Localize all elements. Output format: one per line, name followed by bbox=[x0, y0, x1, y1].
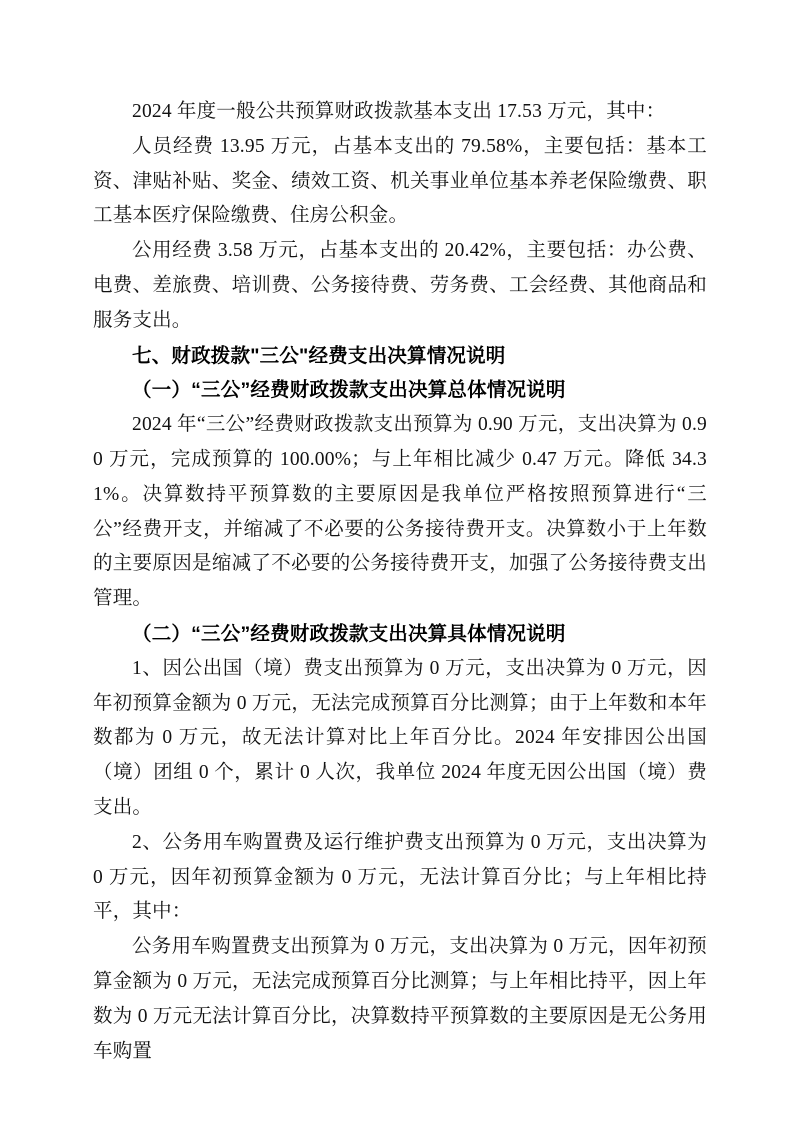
paragraph: 公用经费 3.58 万元，占基本支出的 20.42%，主要包括：办公费、电费、差… bbox=[93, 234, 707, 338]
document-page: 2024 年度一般公共预算财政拨款基本支出 17.53 万元，其中：人员经费 1… bbox=[0, 0, 793, 1122]
section-heading: （一）“三公”经费财政拨款支出决算总体情况说明 bbox=[93, 373, 707, 408]
section-heading: （二）“三公”经费财政拨款支出决算具体情况说明 bbox=[93, 617, 707, 652]
paragraph: 2024 年“三公”经费财政拨款支出预算为 0.90 万元，支出决算为 0.90… bbox=[93, 408, 707, 617]
paragraph: 公务用车购置费支出预算为 0 万元，支出决算为 0 万元，因年初预算金额为 0 … bbox=[93, 930, 707, 1069]
document-content: 2024 年度一般公共预算财政拨款基本支出 17.53 万元，其中：人员经费 1… bbox=[93, 95, 707, 1069]
paragraph: 2、公务用车购置费及运行维护费支出预算为 0 万元，支出决算为 0 万元，因年初… bbox=[93, 826, 707, 930]
paragraph: 2024 年度一般公共预算财政拨款基本支出 17.53 万元，其中： bbox=[93, 95, 707, 130]
paragraph: 人员经费 13.95 万元，占基本支出的 79.58%，主要包括：基本工资、津贴… bbox=[93, 130, 707, 234]
section-heading: 七、财政拨款"三公"经费支出决算情况说明 bbox=[93, 339, 707, 374]
paragraph: 1、因公出国（境）费支出预算为 0 万元，支出决算为 0 万元，因年初预算金额为… bbox=[93, 652, 707, 826]
